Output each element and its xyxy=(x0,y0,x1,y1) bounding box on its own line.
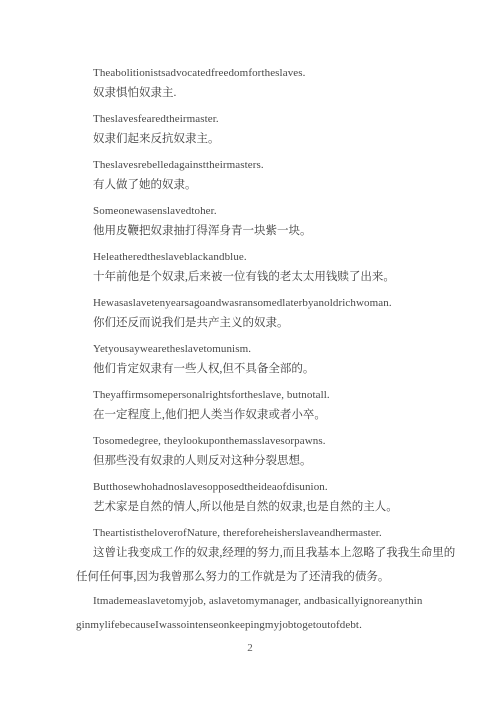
sentence-line-en: Butthosewhohadnoslavesopposedtheideaofdi… xyxy=(76,477,440,497)
sentence-line-zh-cont: 任何任何事,因为我曾那么努力的工作就是为了还清我的债务。 xyxy=(76,567,440,587)
sentence-line-zh: 奴隶惧怕奴隶主. xyxy=(76,83,440,103)
sentence-line-en: Yetyousaywearetheslavetomunism. xyxy=(76,339,440,359)
sentence-line-zh: 艺术家是自然的情人,所以他是自然的奴隶,也是自然的主人。 xyxy=(76,497,440,517)
sentence-line-zh: 他用皮鞭把奴隶抽打得浑身青一块紫一块。 xyxy=(76,221,440,241)
sentence-line-en: Heleatheredtheslaveblackandblue. xyxy=(76,247,440,267)
sentence-list: Theabolitionistsadvocatedfreedomforthesl… xyxy=(76,63,440,635)
sentence-line-en: Theabolitionistsadvocatedfreedomforthesl… xyxy=(76,63,440,83)
sentence-line-en: Hewasaslavetenyearsagoandwasransomedlate… xyxy=(76,293,440,313)
sentence-line-zh: 有人做了她的奴隶。 xyxy=(76,175,440,195)
sentence-line-en: Itmademeaslavetomyjob, aslavetomymanager… xyxy=(76,591,440,611)
sentence-line-zh: 你们还反而说我们是共产主义的奴隶。 xyxy=(76,313,440,333)
sentence-line-zh: 但那些没有奴隶的人则反对这种分裂思想。 xyxy=(76,451,440,471)
sentence-line-en: Theslavesrebelledagainsttheirmasters. xyxy=(76,155,440,175)
sentence-line-en-cont: ginmylifebecauseIwassointenseonkeepingmy… xyxy=(76,615,440,635)
sentence-line-zh: 奴隶们起来反抗奴隶主。 xyxy=(76,129,440,149)
document-page: Theabolitionistsadvocatedfreedomforthesl… xyxy=(0,0,500,708)
page-number: 2 xyxy=(0,641,500,655)
sentence-line-zh: 十年前他是个奴隶,后来被一位有钱的老太太用钱赎了出来。 xyxy=(76,267,440,287)
sentence-line-zh: 这曾让我变成工作的奴隶,经理的努力,而且我基本上忽略了我我生命里的 xyxy=(76,543,440,563)
sentence-line-zh: 他们肯定奴隶有一些人权,但不具备全部的。 xyxy=(76,359,440,379)
sentence-line-en: TheartististheloverofNature, thereforehe… xyxy=(76,523,440,543)
sentence-line-en: Someonewasenslavedtoher. xyxy=(76,201,440,221)
sentence-line-zh: 在一定程度上,他们把人类当作奴隶或者小卒。 xyxy=(76,405,440,425)
sentence-line-en: Theslavesfearedtheirmaster. xyxy=(76,109,440,129)
sentence-line-en: Tosomedegree, theylookuponthemasslavesor… xyxy=(76,431,440,451)
sentence-line-en: Theyaffirmsomepersonalrightsfortheslave,… xyxy=(76,385,440,405)
